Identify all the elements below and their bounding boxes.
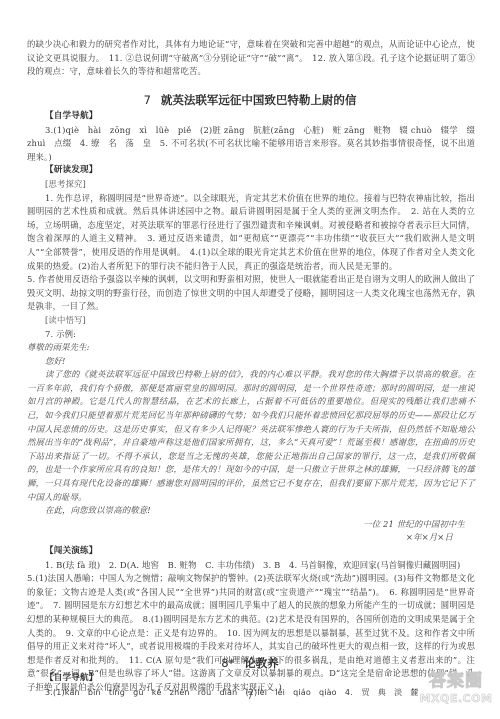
letter-greeting: 您好! <box>27 355 475 369</box>
lesson-8-number: 8* <box>221 656 234 670</box>
lesson-7-content: 【自学导航】 3.(1)qiè hài zōng xì lüè piě (2)脏… <box>27 110 475 695</box>
lesson-8-title: 8*论教养 <box>0 655 500 671</box>
letter-signature: 一位 21 世纪的中国初中生 <box>27 518 475 532</box>
research-answer-5: 5. 作者使用反语给予强盗以辛辣的讽刺，以文明和野蛮相对照，使世人一眼就能看出正… <box>27 273 475 314</box>
letter-body: 读了您的《就英法联军远征中国致巴特勒上尉的信》，我的内心难以平静。我对您的伟大胸… <box>27 368 475 504</box>
read-write-heading: [读中悟写] <box>27 314 475 328</box>
letter-salutation: 尊敬的雨果先生: <box>27 341 475 355</box>
research-answers-1-4: 1. 先作总评，称圆明园是“世界奇迹”。以全球眼光，肯定其艺术价值在世界的地位。… <box>27 192 475 274</box>
continuation-text: 的缺少决心和毅力的研究者作对比，具体有力地论证“守，意味着在突破和完善中超越”的… <box>27 38 475 79</box>
watermark-text-bottom: MXQE.COM <box>412 692 500 706</box>
self-study-answers: 3.(1)qiè hài zōng xì lüè piě (2)脏 zāng 肮… <box>27 124 475 165</box>
watermark-logo: 答案圈 MXQE.COM <box>412 670 500 719</box>
research-heading: 【研读发现】 <box>27 164 475 178</box>
example-letter: 尊敬的雨果先生: 您好! 读了您的《就英法联军远征中国致巴特勒上尉的信》，我的内… <box>27 341 475 545</box>
item-7-example: 7. 示例: <box>27 328 475 342</box>
lesson-7-title-text: 就英法联军远征中国致巴特勒上尉的信 <box>161 93 357 107</box>
lesson-7-number: 7 <box>144 93 151 107</box>
answer-key-page: 的缺少决心和毅力的研究者作对比，具体有力地论证“守，意味着在突破和完善中超越”的… <box>0 0 500 719</box>
self-study-heading: 【自学导航】 <box>27 110 475 124</box>
think-explore-heading: [思考探究] <box>27 178 475 192</box>
practice-heading: 【闯关演练】 <box>27 545 475 559</box>
letter-closing: 在此，向您致以崇高的敬意! <box>27 504 475 518</box>
lesson-8-title-text: 论教养 <box>244 656 279 670</box>
previous-answers-continuation: 的缺少决心和毅力的研究者作对比，具体有力地论证“守，意味着在突破和完善中超越”的… <box>27 38 475 79</box>
watermark-text-top: 答案圈 <box>412 670 500 692</box>
lesson-7-title: 7就英法联军远征中国致巴特勒上尉的信 <box>0 92 500 108</box>
letter-date: ×年×月×日 <box>27 531 475 545</box>
lesson-8-self-study-heading: 【自学导航】 <box>27 672 475 686</box>
practice-answers-1-4: 1. B(珐 fà 琅) 2. D(A. 地窖 B. 赃物 C. 丰功伟绩) 3… <box>27 559 475 573</box>
